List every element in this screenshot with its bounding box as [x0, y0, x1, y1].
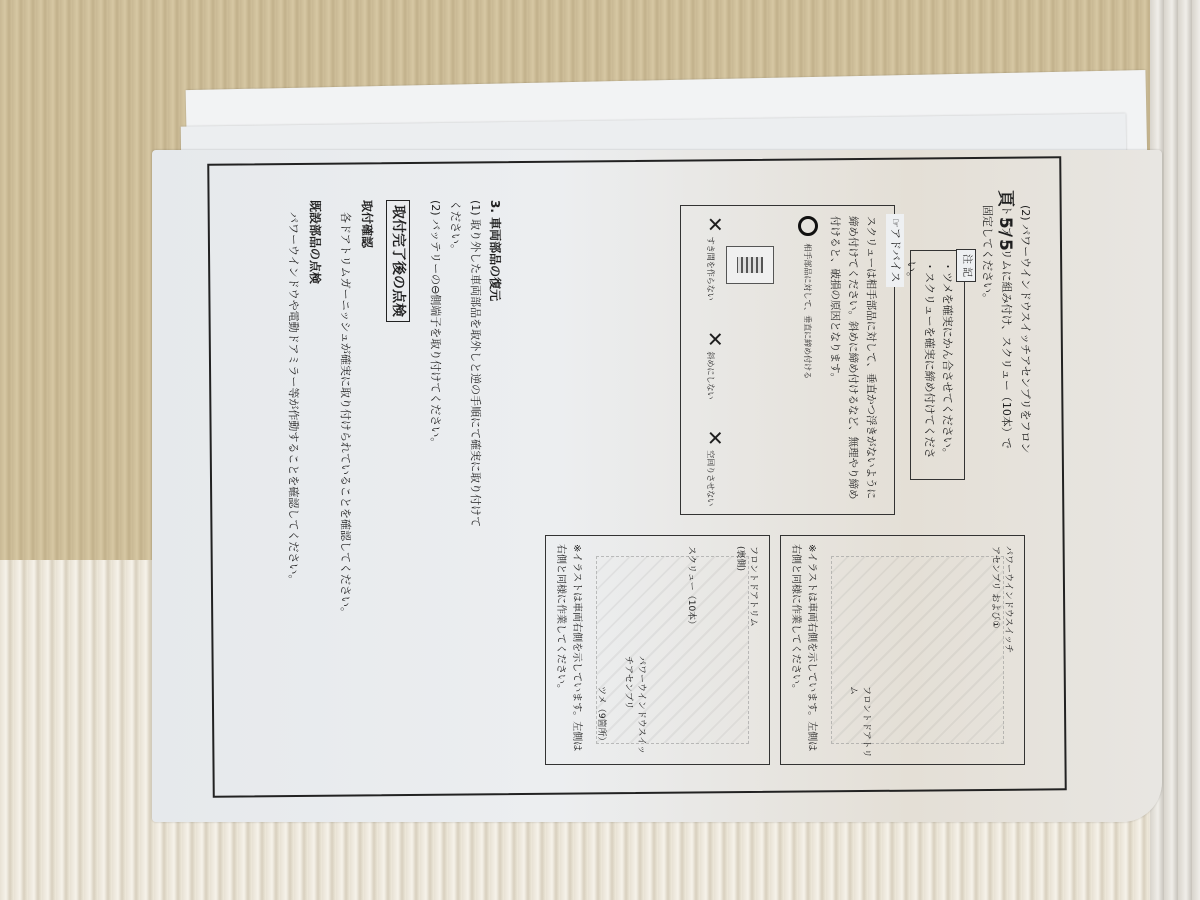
check-heading: 取付確認: [356, 200, 378, 740]
screw-illustration: [726, 246, 774, 284]
note-item: ・スクリューを確実に締め付けてください。: [902, 261, 938, 469]
figure-label: ツメ（9箇所）: [596, 686, 609, 746]
screw-diagram-ng-row: ✕すき間を作らない ✕斜めにしない ✕空回りさせない: [701, 216, 724, 506]
existing-heading: 既設部品の点検: [304, 200, 326, 740]
step-number: (2): [1019, 205, 1032, 221]
figure-label: パワーウインドウスイッチアセンブリ および①: [990, 546, 1016, 656]
hand-icon: ☞: [889, 218, 902, 228]
note-item: ・ツメを確実にかん合させてください。: [938, 261, 956, 469]
advice-box: ☞アドバイス スクリューは相手部品に対して、垂直かつ浮きがないように締め付けてく…: [680, 205, 895, 515]
section-item: (1) 取り外した車両部品を取外しと逆の手順にて確実に取り付けてください。: [445, 200, 485, 530]
advice-text: スクリューは相手部品に対して、垂直かつ浮きがないように締め付けてください。斜めに…: [826, 216, 880, 504]
check-text: 各ドアトリムガーニッシュが確実に取り付けられていることを確認してください。: [334, 200, 356, 740]
inspection-title: 取付完了後の点検: [386, 200, 410, 322]
existing-text: パワーウインドウや電動ドアミラー等が作動することを確認してください。: [282, 200, 304, 740]
cross-ng-icon: ✕: [703, 216, 727, 233]
figure-label: パワーウインドウスイッチアセンブリ: [623, 656, 649, 756]
advice-label: ☞アドバイス: [886, 214, 904, 287]
figure-switch-assembly: パワーウインドウスイッチアセンブリ および① フロントドアトリム ※イラストは車…: [780, 535, 1025, 765]
figure-door-trim-back: フロントドアトリム(裏側) スクリュー（10本） パワーウインドウスイッチアセン…: [545, 535, 770, 765]
door-trim-back-illustration: [596, 556, 749, 744]
circle-ok-icon: [798, 216, 818, 236]
figure-caption: ※イラストは車両右側を示しています。左側は右側と同様に作業してください。: [787, 544, 819, 756]
step-2: (2) パワーウインドウスイッチアセンブリをフロントドアトリムに組み付け、スクリ…: [978, 205, 1035, 455]
section-restore-parts: 3. 車両部品の復元 (1) 取り外した車両部品を取外しと逆の手順にて確実に取り…: [425, 200, 505, 530]
screw-diagram-ok: [726, 246, 774, 284]
note-box: 注 記 ・ツメを確実にかん合させてください。 ・スクリューを確実に締め付けてくだ…: [910, 250, 965, 480]
section-heading: 3. 車両部品の復元: [485, 200, 505, 530]
advice-ok: 相手部品に対して、垂直に締め付ける: [798, 216, 818, 504]
figure-label: フロントドアトリム: [848, 686, 874, 764]
step-text: パワーウインドウスイッチアセンブリをフロントドアトリムに組み付け、スクリュー（1…: [981, 205, 1032, 453]
section-item: (2) バッテリーの⊖側端子を取り付けてください。: [425, 200, 445, 530]
page-content: 頁 5/5 (2) パワーウインドウスイッチアセンブリをフロントドアトリムに組み…: [210, 160, 1060, 790]
figure-label: フロントドアトリム(裏側): [735, 546, 761, 636]
post-install-inspection: 取付完了後の点検 取付確認 各ドアトリムガーニッシュが確実に取り付けられているこ…: [282, 200, 410, 740]
cross-ng-icon: ✕: [703, 331, 727, 348]
cross-ng-icon: ✕: [703, 430, 727, 447]
note-label: 注 記: [956, 249, 976, 282]
figure-label: スクリュー（10本）: [686, 546, 699, 629]
figure-caption: ※イラストは車両右側を示しています。左側は右側と同様に作業してください。: [552, 544, 584, 756]
